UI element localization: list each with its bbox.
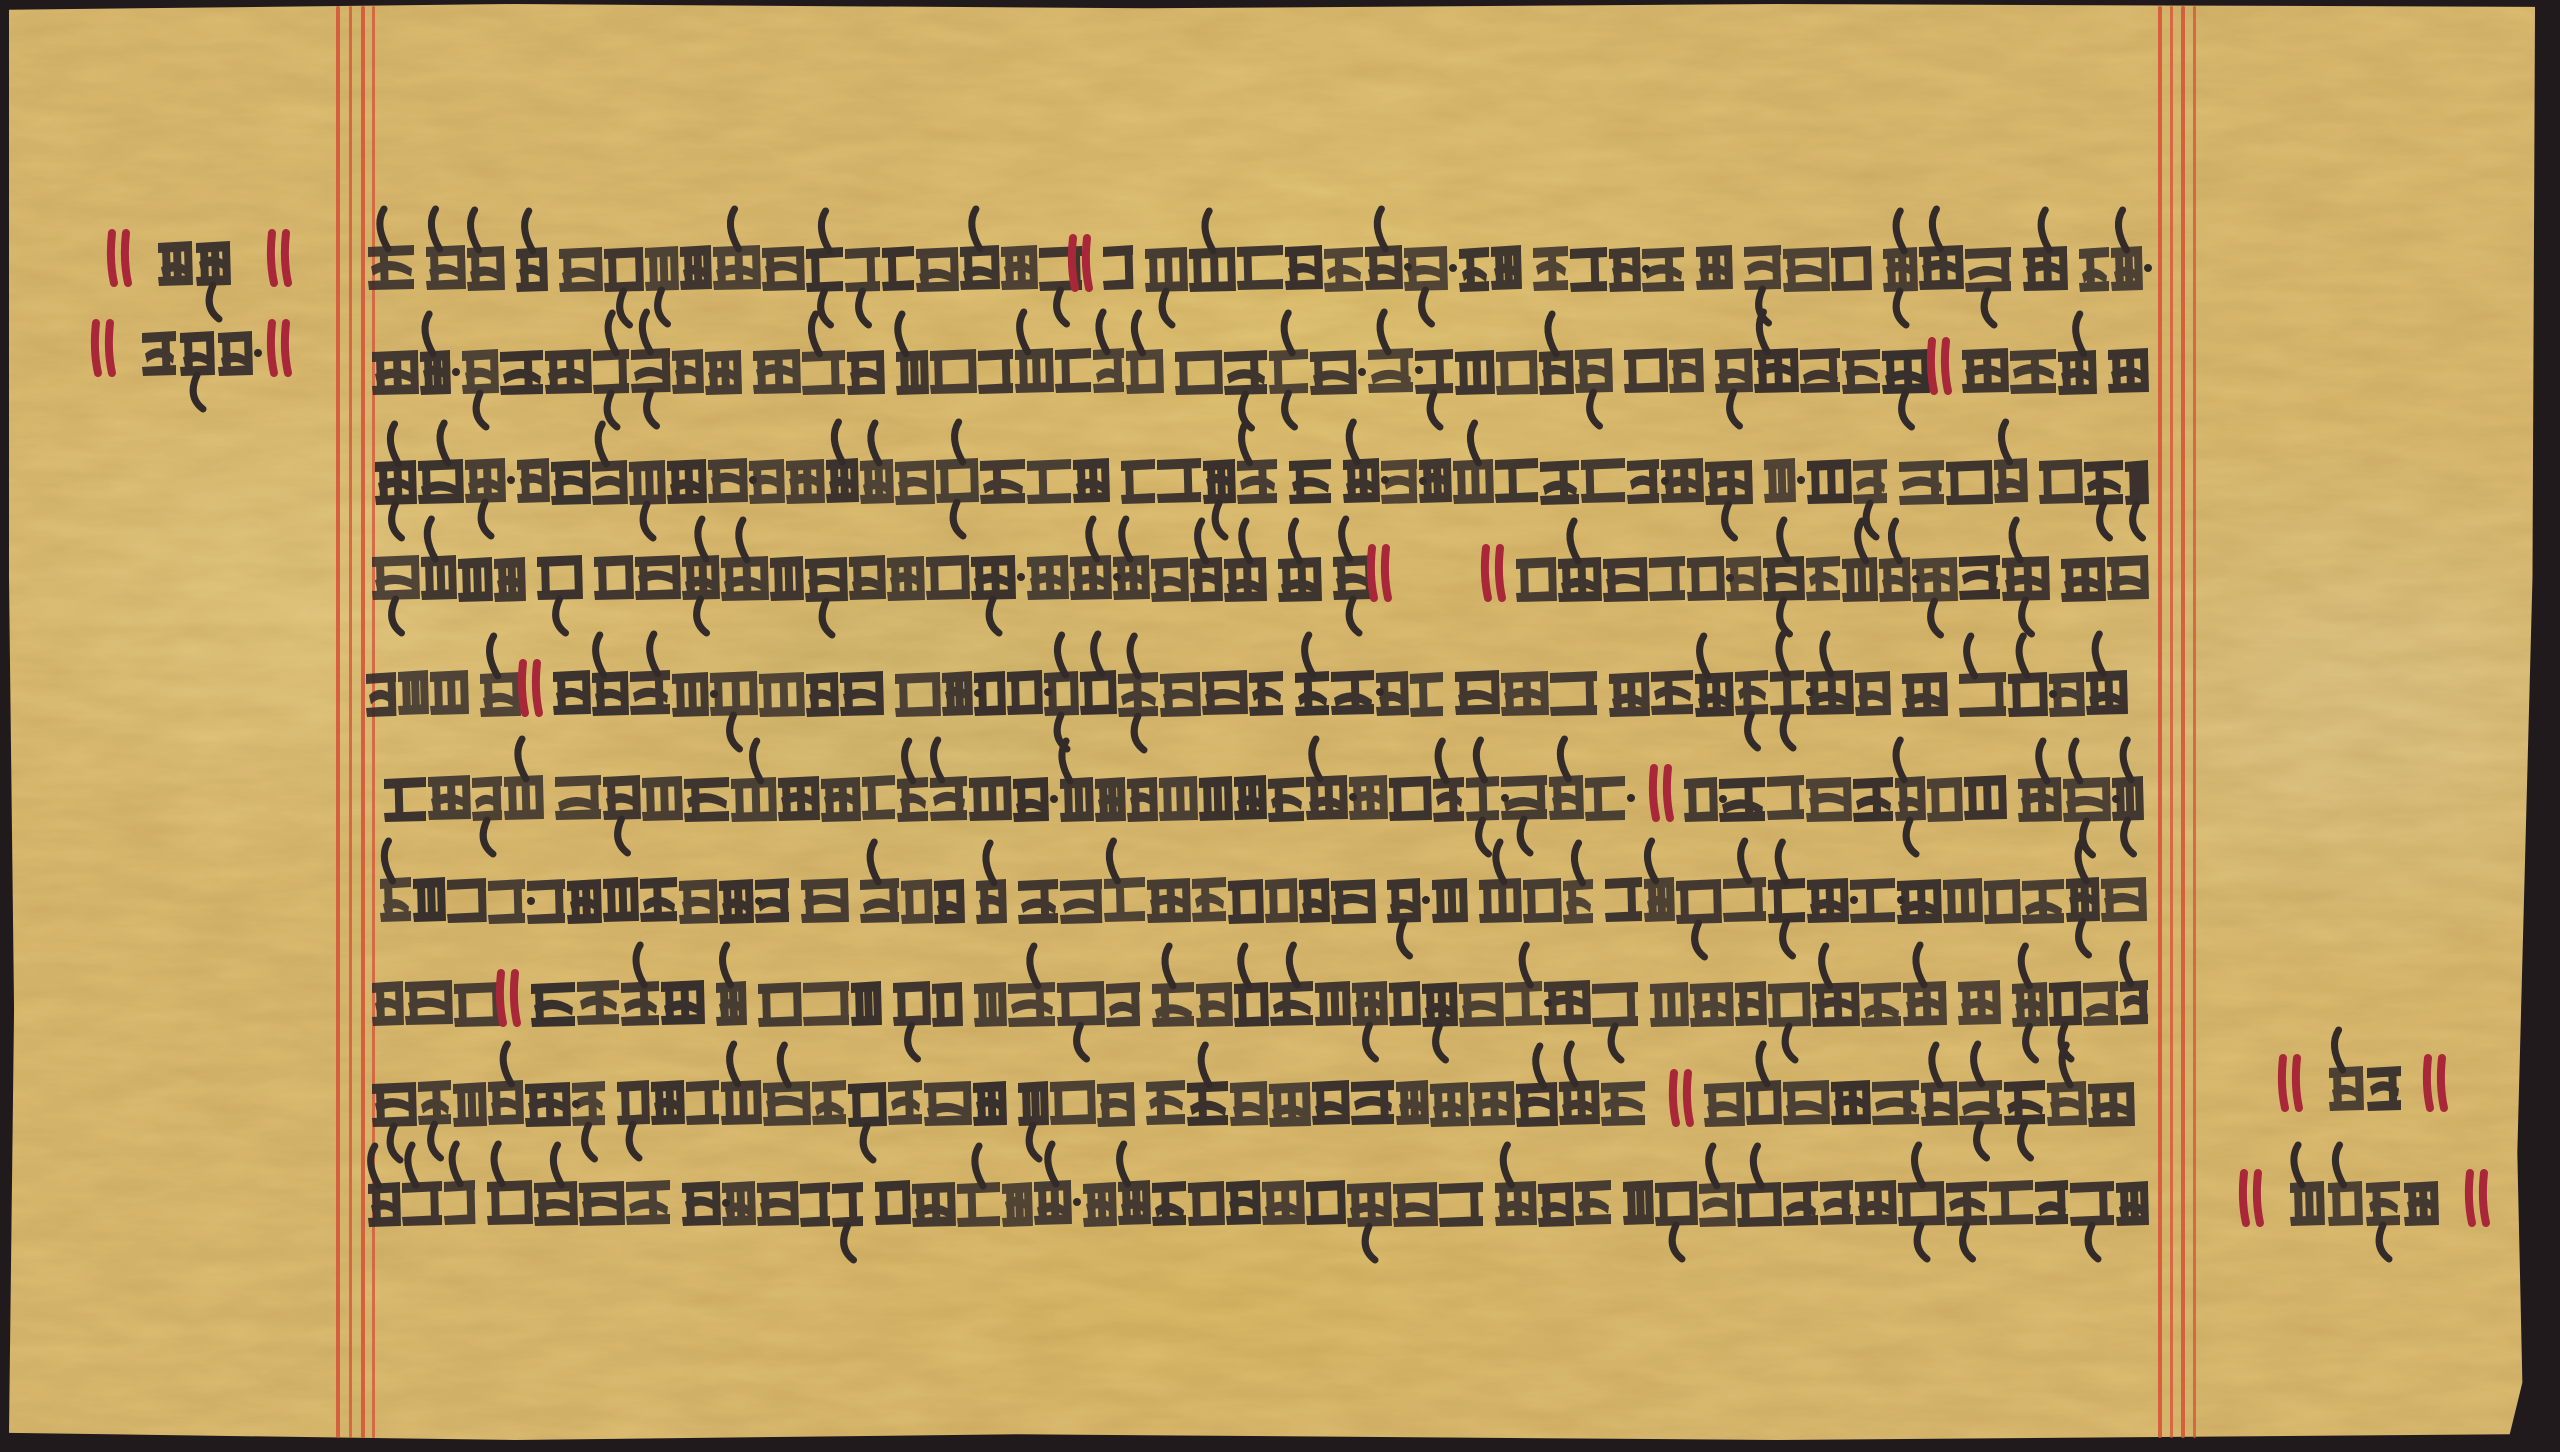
- red-danda-mark: [2469, 1173, 2472, 1223]
- red-danda-mark: [2243, 1173, 2246, 1223]
- red-danda-mark: [2483, 1173, 2486, 1223]
- title-abbrev-right: [0, 0, 2560, 1452]
- red-danda-mark: [2257, 1173, 2260, 1223]
